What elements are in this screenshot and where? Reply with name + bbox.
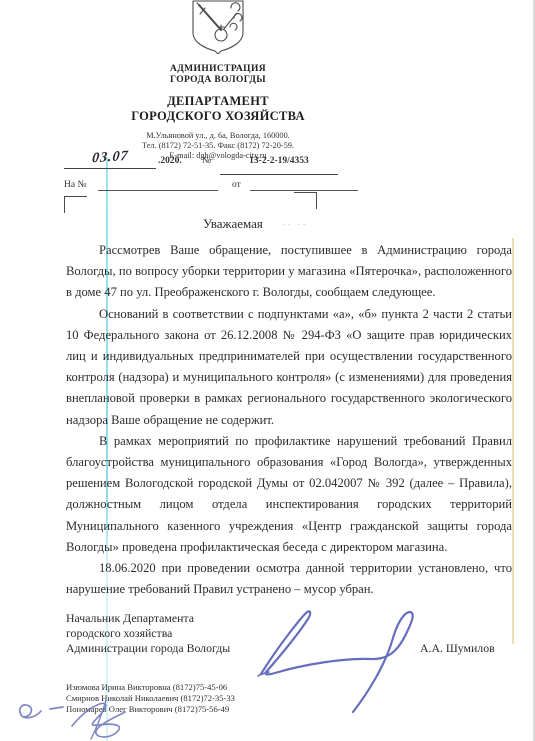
handwritten-note-bottom xyxy=(6,696,171,741)
scanned-letter-page: АДМИНИСТРАЦИЯ ГОРОДА ВОЛОГДЫ ДЕПАРТАМЕНТ… xyxy=(0,0,535,741)
letter-body: Рассмотрев Ваше обращение, поступившее в… xyxy=(66,240,512,600)
paragraph-1: Рассмотрев Ваше обращение, поступившее в… xyxy=(66,240,512,304)
ot-label: от xyxy=(232,180,241,190)
date-underline: 03.07 xyxy=(64,150,156,169)
redacted-name-trace: ·· ·· xyxy=(282,220,308,231)
letterhead: АДМИНИСТРАЦИЯ ГОРОДА ВОЛОГДЫ ДЕПАРТАМЕНТ… xyxy=(58,0,378,161)
scan-artifact-yellow-line xyxy=(512,238,514,644)
paragraph-4: 18.06.2020 при проведении осмотра данной… xyxy=(66,558,512,600)
na-no-underline xyxy=(98,176,218,191)
signer-title-line3: Администрации города Вологды xyxy=(66,641,230,656)
signer-name: А.А. Шумилов xyxy=(420,641,495,656)
letterhead-address: М.Ульяновой ул., д. 6а, Вологда, 160000. xyxy=(58,131,378,141)
signer-title: Начальник Департамента городского хозяйс… xyxy=(66,611,230,656)
contact-line: Изюмова Ирина Викторовна (8172)75-45-06 xyxy=(66,682,235,693)
date-year: .2020. xyxy=(158,156,182,166)
outgoing-number: 13-2-2-19/4353 xyxy=(220,150,338,175)
dept-name-line2: ГОРОДСКОГО ХОЗЯЙСТВА xyxy=(58,109,378,124)
signer-title-line2: городского хозяйства xyxy=(66,626,230,641)
number-sign: № xyxy=(202,156,211,166)
org-name-line2: ГОРОДА ВОЛОГДЫ xyxy=(58,75,378,86)
paragraph-3: В рамках мероприятий по профилактике нар… xyxy=(66,431,512,558)
handwritten-date: 03.07 xyxy=(91,149,129,168)
org-name-line1: АДМИНИСТРАЦИЯ xyxy=(58,64,378,75)
handwritten-signature xyxy=(245,598,430,723)
reference-block: 03.07 .2020. № 13-2-2-19/4353 На № от xyxy=(62,150,342,198)
salutation: Уважаемая xyxy=(203,216,263,232)
recipient-corner-mark-left xyxy=(64,196,87,213)
na-no-label: На № xyxy=(64,180,87,190)
ot-underline xyxy=(250,176,358,191)
date-number-row: 03.07 .2020. № 13-2-2-19/4353 xyxy=(62,150,342,172)
signer-title-line1: Начальник Департамента xyxy=(66,611,230,626)
recipient-corner-mark-right xyxy=(294,192,317,209)
paragraph-2: Оснований в соответствии с подпунктами «… xyxy=(66,304,512,431)
dept-name-line1: ДЕПАРТАМЕНТ xyxy=(58,94,378,109)
vologda-coat-of-arms-icon xyxy=(187,0,249,59)
